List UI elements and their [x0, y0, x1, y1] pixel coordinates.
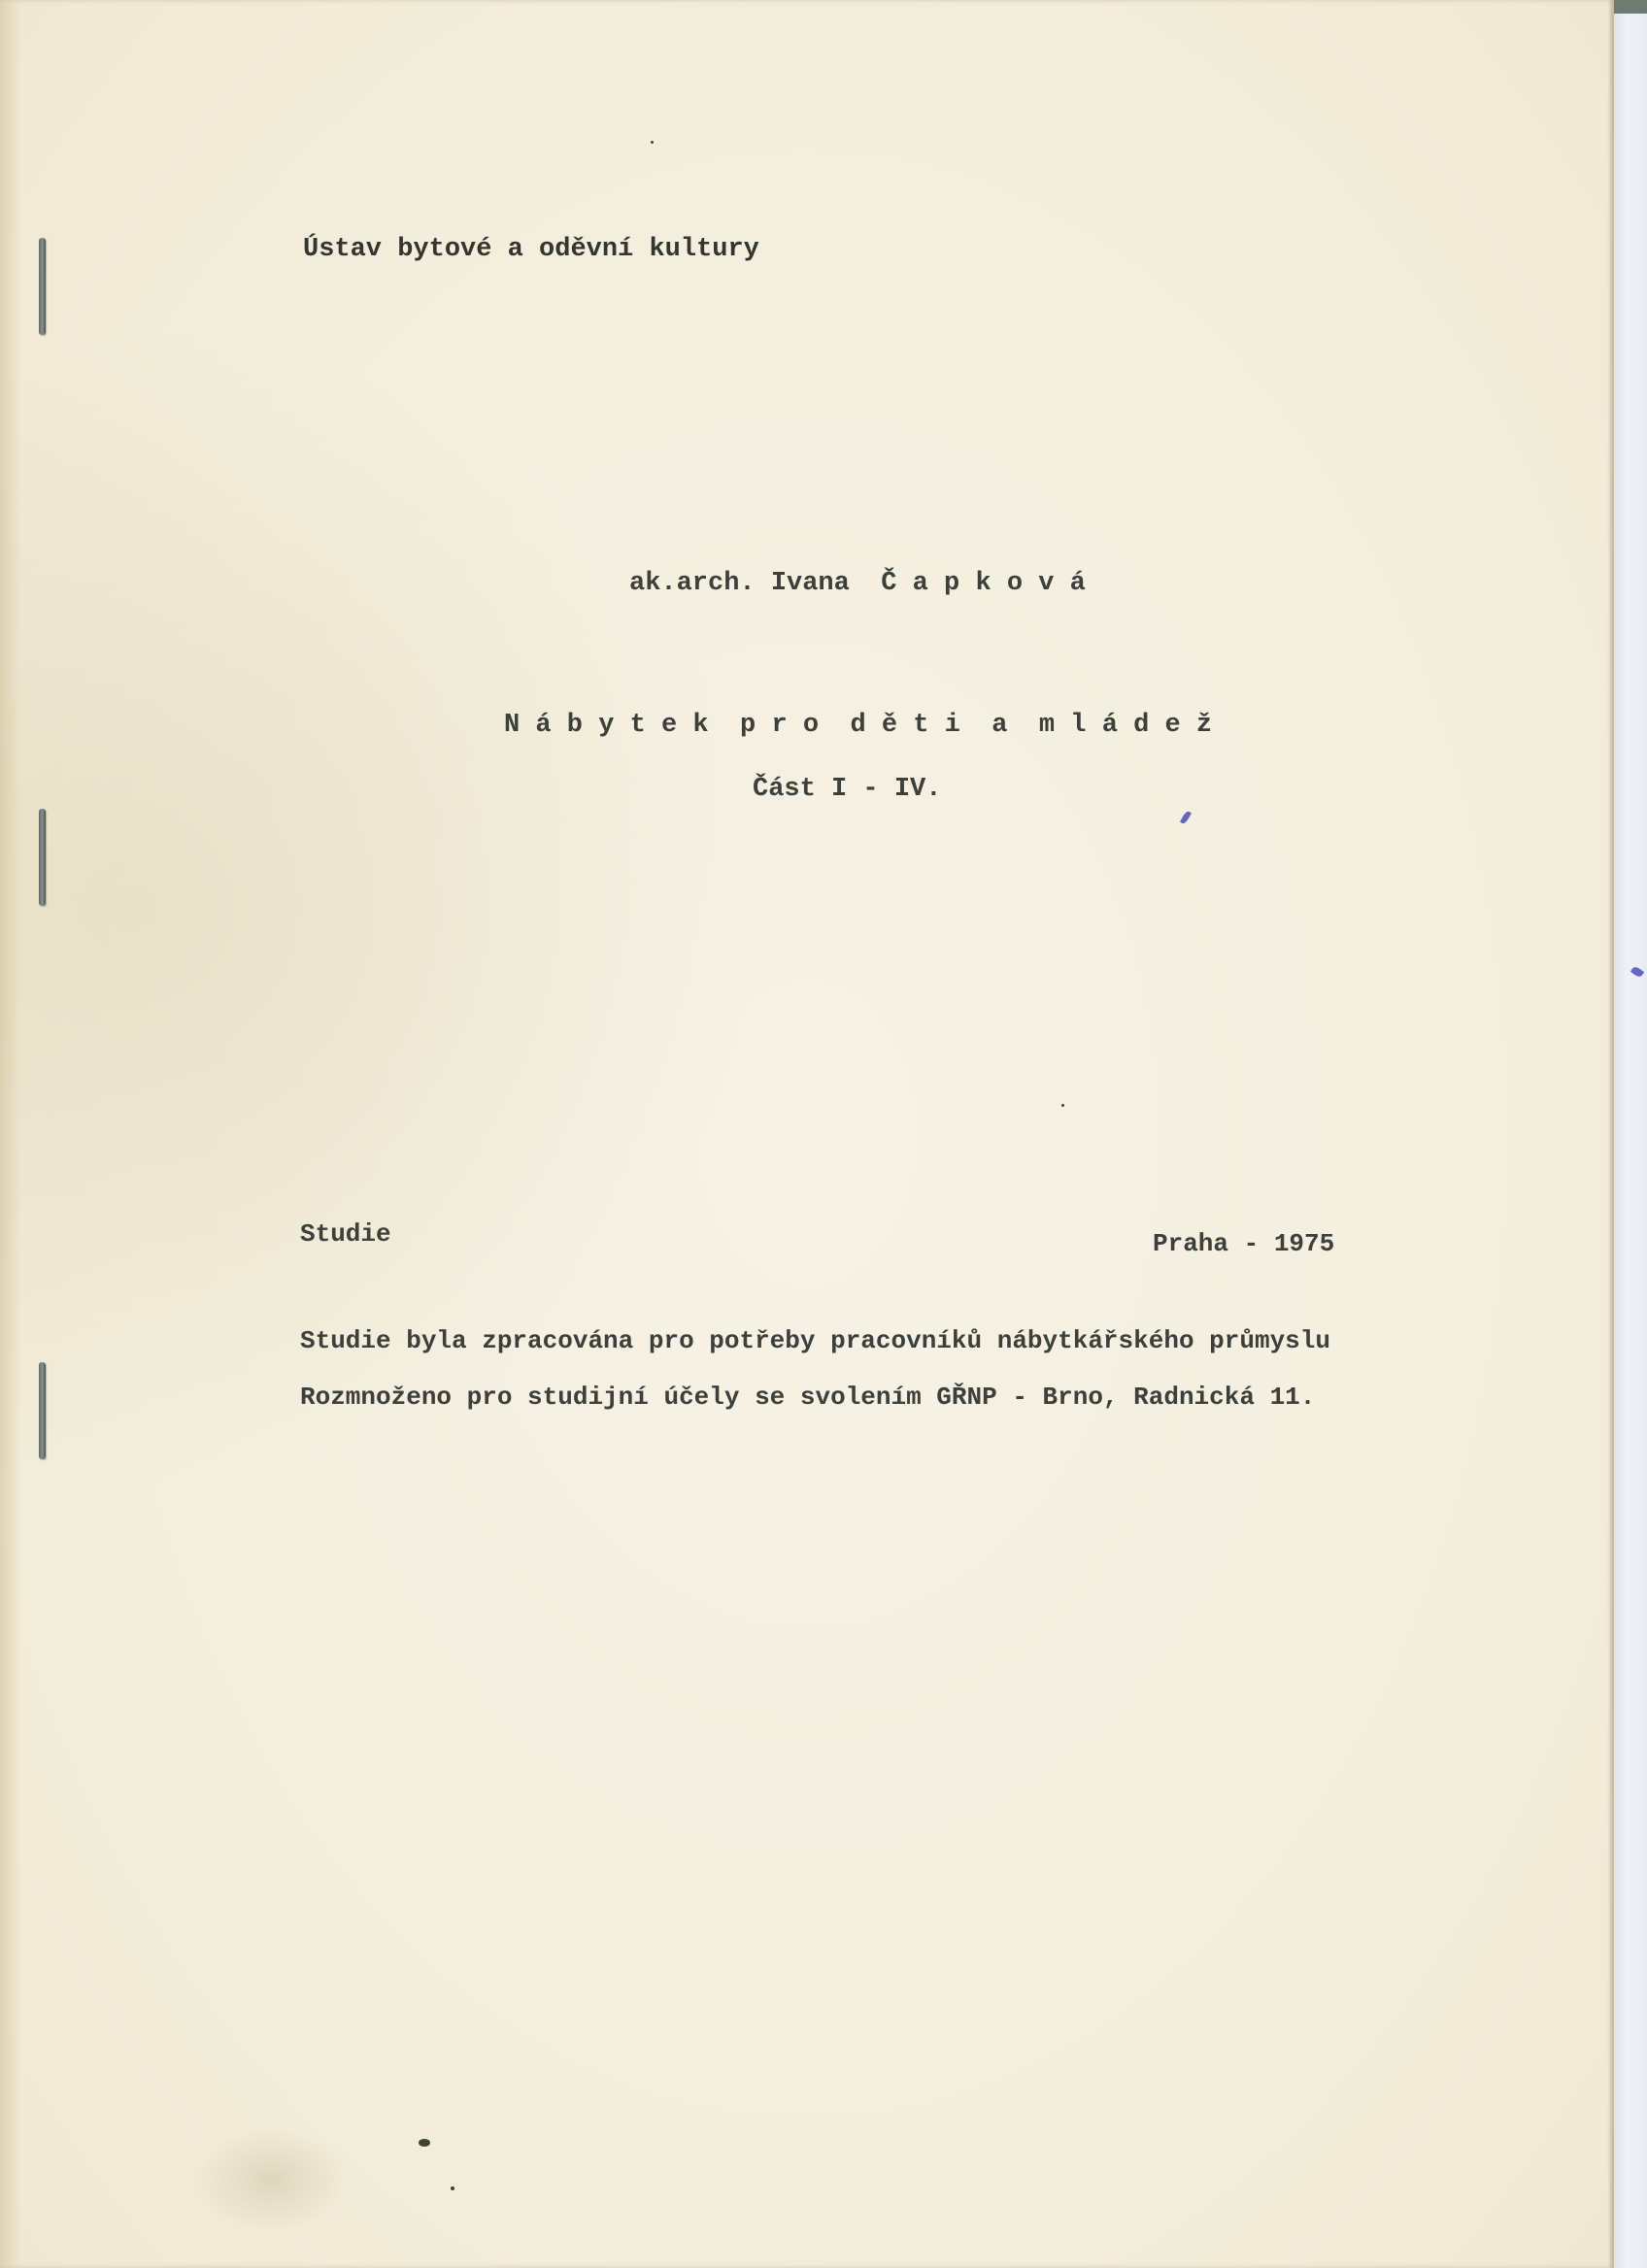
dirt-speck: [651, 141, 654, 144]
document-page: Ústav bytové a oděvní kultury ak.arch. I…: [0, 0, 1614, 2268]
note-line: Studie byla zpracována pro potřeby praco…: [300, 1328, 1330, 1353]
staple-icon: [39, 809, 46, 906]
document-title: N á b y t e k p r o d ě t i a m l á d e …: [504, 713, 1212, 739]
staple-icon: [39, 238, 46, 335]
document-subtitle: Část I - IV.: [753, 777, 941, 803]
page-right-edge: [1608, 0, 1614, 2268]
staple-icon: [39, 1362, 46, 1459]
document-type-label: Studie: [300, 1221, 391, 1247]
dirt-speck: [451, 2186, 454, 2190]
place-and-year: Praha - 1975: [1153, 1231, 1334, 1256]
pen-mark: [1180, 810, 1192, 824]
note-line: Rozmnoženo pro studijní účely se svolení…: [300, 1384, 1315, 1410]
scanner-background: [1614, 0, 1647, 2268]
dirt-speck: [1061, 1104, 1064, 1107]
institute-name: Ústav bytové a oděvní kultury: [303, 237, 759, 263]
stain-mark: [194, 2126, 350, 2233]
scanner-shadow: [1614, 0, 1647, 14]
dirt-speck: [419, 2139, 430, 2147]
page-left-edge: [0, 0, 21, 2268]
author-name: ak.arch. Ivana Č a p k o v á: [629, 571, 1086, 597]
